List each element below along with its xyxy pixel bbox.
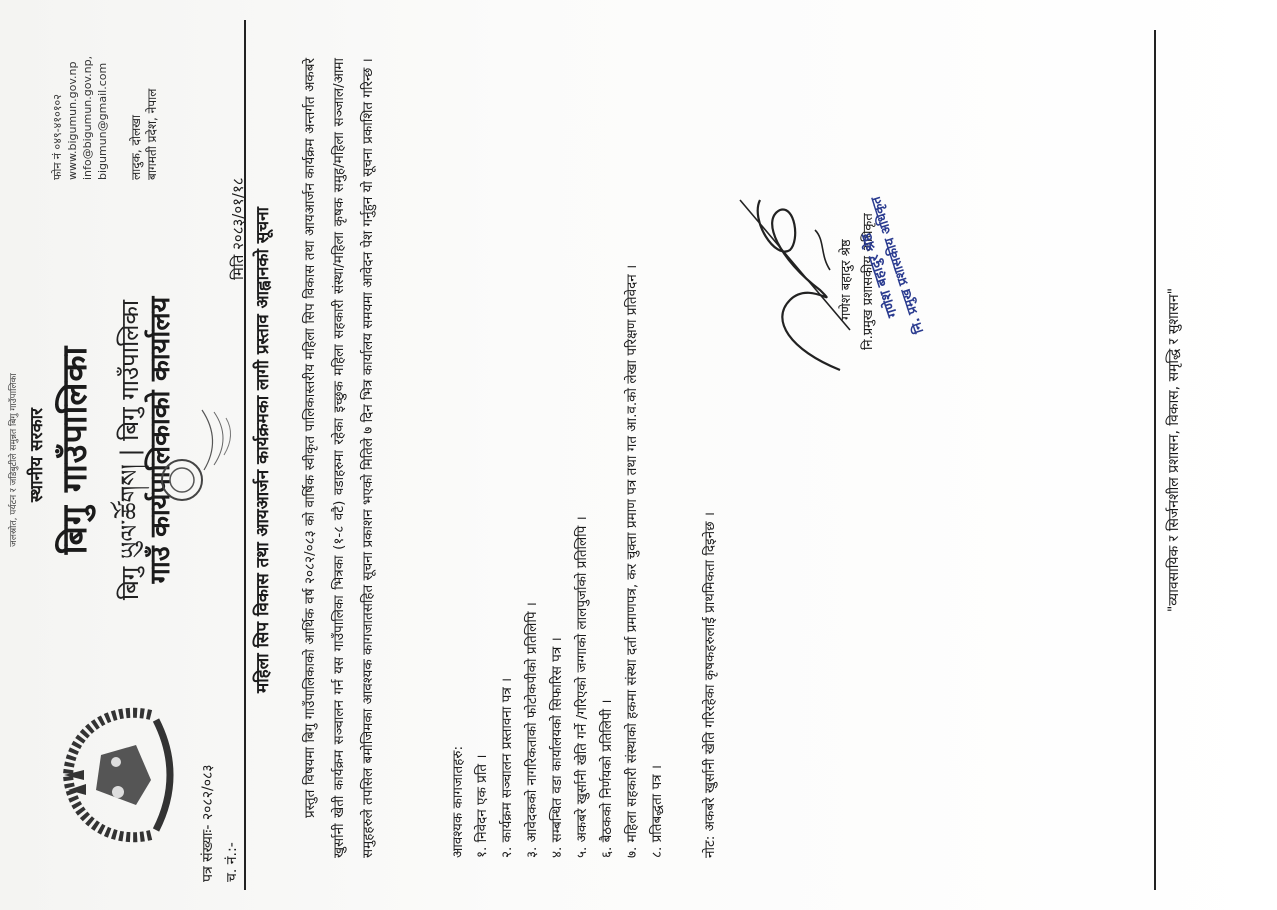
official-email[interactable]: info@bigumun.gov.np,: [80, 5, 95, 180]
header-divider: [244, 20, 246, 890]
requirement-item: १. निवेदन एक प्रति ।: [470, 58, 495, 858]
letterhead-tagline: जलस्रोत, पर्यटन र जडिबुटीले समुन्नत बिगु…: [6, 300, 19, 620]
address-line-1: लादुक, दोलखा: [128, 5, 144, 180]
notice-note: नोट: अकबरे खुर्सानी खेति गरिरहेका कृषकहर…: [700, 58, 718, 858]
notice-body: प्रस्तुत विषयमा बिगु गाउँपालिकाको आर्थिक…: [296, 58, 383, 858]
office-address: लादुक, दोलखा बागमती प्रदेश, नेपाल: [128, 5, 160, 180]
government-label: स्थानीय सरकार: [24, 330, 47, 580]
dispatch-number-label: च. नं.:-: [224, 842, 240, 882]
phone-number: फोन नं ०४९-४१०१०२: [50, 5, 65, 180]
requirement-item: ४. सम्बन्धित वडा कार्यालयको सिफारिस पत्र…: [545, 58, 570, 858]
requirements-list: १. निवेदन एक प्रति । २. कार्यक्रम सञ्चाल…: [470, 58, 670, 858]
footer-slogan: "व्यावसायिक र सिर्जनशील प्रशासन, विकास, …: [1164, 30, 1183, 870]
scanned-document-viewport: जलस्रोत, पर्यटन र जडिबुटीले समुन्नत बिगु…: [0, 0, 1277, 910]
notice-paragraph: प्रस्तुत विषयमा बिगु गाउँपालिकाको आर्थिक…: [296, 58, 383, 858]
letter-number: पत्र संख्याः- २०८२/०८३: [198, 764, 217, 882]
letter-number-value: २०८२/०८३: [200, 764, 216, 820]
requirement-item: २. कार्यक्रम सञ्चालन प्रस्तावना पत्र ।: [495, 58, 520, 858]
requirement-item: ७. महिला सहकारी संस्थाको हकमा संस्था दर्…: [620, 58, 645, 858]
letter-number-label: पत्र संख्याः-: [200, 825, 216, 882]
municipality-name: बिगु गाउँपालिका: [50, 290, 96, 610]
website-link[interactable]: www.bigumun.gov.np: [65, 5, 80, 180]
footer-divider: [1154, 30, 1156, 890]
requirement-item: ३. आवेदकको नागरिकताको फोटोकपीको प्रतिलिप…: [520, 58, 545, 858]
alt-email[interactable]: bigumun@gmail.com: [95, 5, 110, 180]
address-line-2: बागमती प्रदेश, नेपाल: [144, 5, 160, 180]
nepal-government-emblem-icon: [56, 700, 186, 850]
signer-name: गणेश बहादुर श्रेष्ठ: [836, 239, 854, 320]
officer-name-stamp: गणेश बहादुर श्रेष्ठ नि. प्रमुख प्रशासकीय…: [868, 160, 948, 360]
requirement-item: ८. प्रतिबद्धता पत्र ।: [645, 58, 670, 858]
notice-page: जलस्रोत, पर्यटन र जडिबुटीले समुन्नत बिगु…: [0, 0, 1277, 910]
contact-info: फोन नं ०४९-४१०१०२ www.bigumun.gov.np inf…: [50, 5, 110, 180]
office-seal-icon: [152, 400, 242, 510]
requirements-heading: आवश्यक कागजातहरु:: [448, 746, 466, 858]
dispatch-number: च. नं.:-: [222, 842, 241, 882]
requirement-item: ५. अकबरे खुर्सानी खेति गर्ने /गरिएको जग्…: [570, 58, 595, 858]
requirement-item: ६. बैठकको निर्णयको प्रतिलिपी ।: [595, 58, 620, 858]
notice-title: महिला सिप विकास तथा आयआर्जन कार्यक्रमका …: [250, 30, 273, 870]
